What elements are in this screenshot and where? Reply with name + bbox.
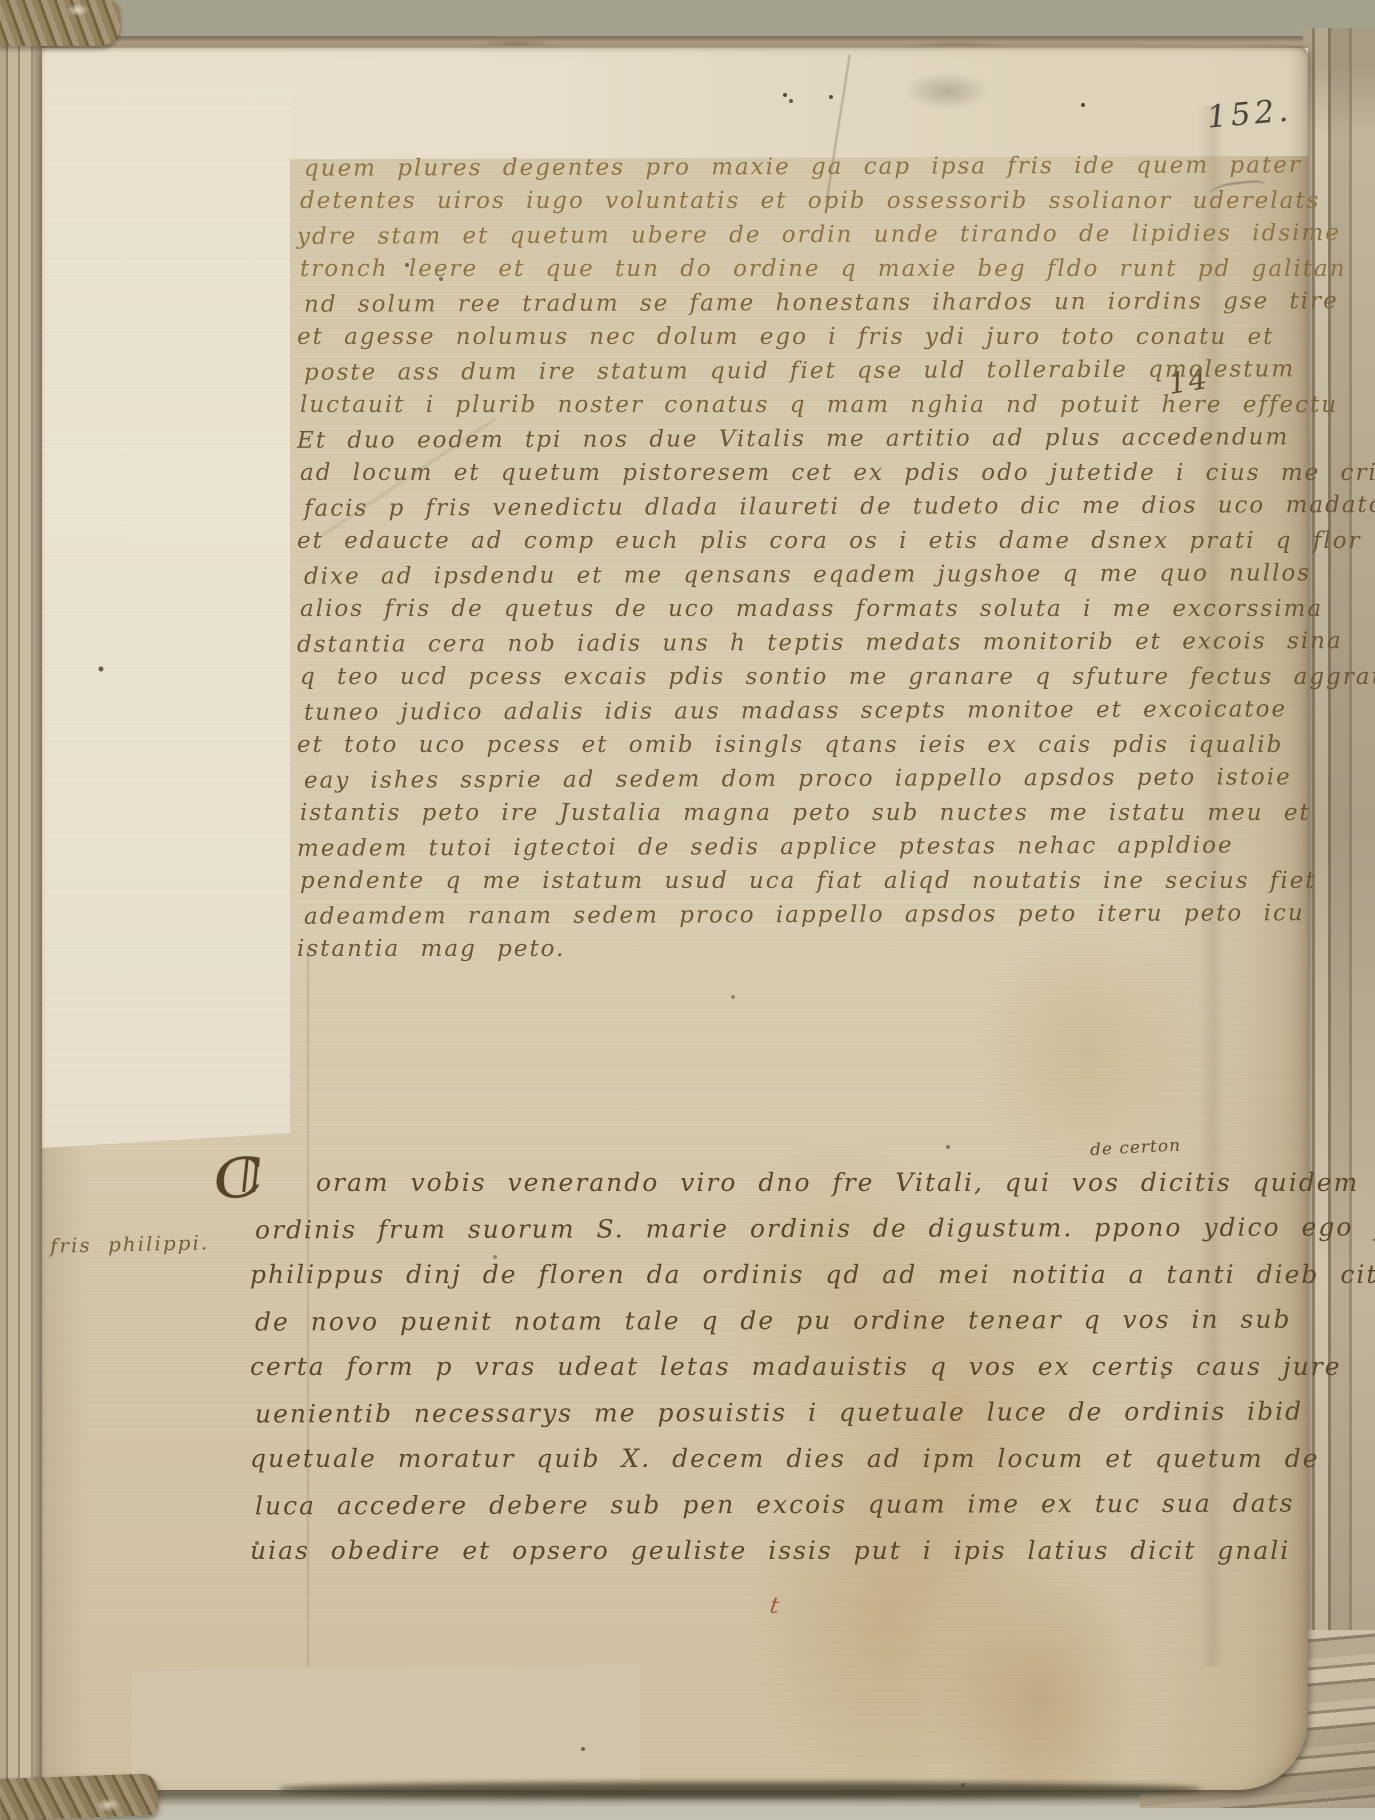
text-line: facis p fris venedictu dlada ilaureti de… <box>304 488 1300 525</box>
page-bottom-shadow <box>280 1782 1200 1797</box>
text-line: detentes uiros iugo voluntatis et opib o… <box>300 184 1300 218</box>
text-line: poste ass dum ire statum quid fiet qse u… <box>304 352 1300 389</box>
text-line: ydre stam et quetum ubere de ordin unde … <box>297 216 1300 254</box>
book-gutter-spine <box>0 0 46 1820</box>
manuscript-page: 152. 14 quem plures degentes pro maxie g… <box>42 46 1308 1790</box>
text-line: et edaucte ad comp euch plis cora os i e… <box>297 524 1300 558</box>
text-line: de novo puenit notam tale q de pu ordine… <box>255 1297 1300 1346</box>
text-line: oram vobis venerando viro dno fre Vitali… <box>250 1160 1300 1206</box>
repair-patch-bottom <box>132 1665 640 1790</box>
text-line: tuneo judico adalis idis aus madass scep… <box>304 692 1300 729</box>
manuscript-photo: 152. 14 quem plures degentes pro maxie g… <box>0 0 1375 1820</box>
text-line: dixe ad ipsdendu et me qensans eqadem ju… <box>304 556 1300 593</box>
text-line: et agesse nolumus nec dolum ego i fris y… <box>297 320 1300 354</box>
text-line: eay ishes ssprie ad sedem dom proco iapp… <box>304 760 1300 797</box>
text-line: adeamdem ranam sedem proco iappello apsd… <box>304 896 1300 933</box>
folio-number: 152. <box>1206 92 1294 135</box>
text-line: luca accedere debere sub pen excois quam… <box>255 1481 1300 1530</box>
text-line: q teo ucd pcess excais pdis sontio me gr… <box>300 660 1300 694</box>
text-line: uias obedire et opsero geuliste issis pu… <box>250 1528 1300 1574</box>
text-block-primary: quem plures degentes pro maxie ga cap ip… <box>300 150 1300 966</box>
text-line: dstantia cera nob iadis uns h teptis med… <box>297 624 1300 662</box>
text-line: philippus dinj de floren da ordinis qd a… <box>250 1252 1300 1298</box>
text-line: quetuale moratur quib X. decem dies ad i… <box>250 1436 1300 1482</box>
text-line: luctauit i plurib noster conatus q mam n… <box>300 388 1300 422</box>
margin-note: fris philippi. <box>50 1230 210 1257</box>
text-block-petition: oram vobis venerando viro dno fre Vitali… <box>250 1160 1300 1574</box>
text-line: et toto uco pcess et omib isingls qtans … <box>297 728 1300 762</box>
text-line: ordinis frum suorum S. marie ordinis de … <box>255 1205 1300 1254</box>
sewing-cord-top <box>0 0 120 46</box>
text-line: ad locum et quetum pistoresem cet ex pdi… <box>300 456 1300 490</box>
text-line: nd solum ree tradum se fame honestans ih… <box>304 284 1300 321</box>
red-pen-mark: t <box>768 1594 780 1620</box>
text-line: pendente q me istatum usud uca fiat aliq… <box>300 864 1300 898</box>
text-line: istantis peto ire Justalia magna peto su… <box>300 796 1300 830</box>
text-line: tronch leere et que tun do ordine q maxi… <box>300 252 1300 286</box>
pasted-patch-left-margin <box>42 48 290 1148</box>
sewing-cord-bottom <box>0 1773 159 1820</box>
interlinear-note: de certon <box>1090 1136 1182 1161</box>
text-line: alios fris de quetus de uco madass forma… <box>300 592 1300 626</box>
ink-specks <box>42 46 44 48</box>
text-line: meadem tutoi igtectoi de sedis applice p… <box>297 828 1300 866</box>
smudge-mark <box>904 72 990 110</box>
text-line: Et duo eodem tpi nos due Vitalis me arti… <box>297 420 1300 458</box>
text-line: istantia mag peto. <box>297 932 1300 966</box>
text-line: uenientib necessarys me posuistis i quet… <box>255 1389 1300 1438</box>
text-line: certa form p vras udeat letas madauistis… <box>250 1344 1300 1390</box>
text-line: quem plures degentes pro maxie ga cap ip… <box>304 148 1300 185</box>
